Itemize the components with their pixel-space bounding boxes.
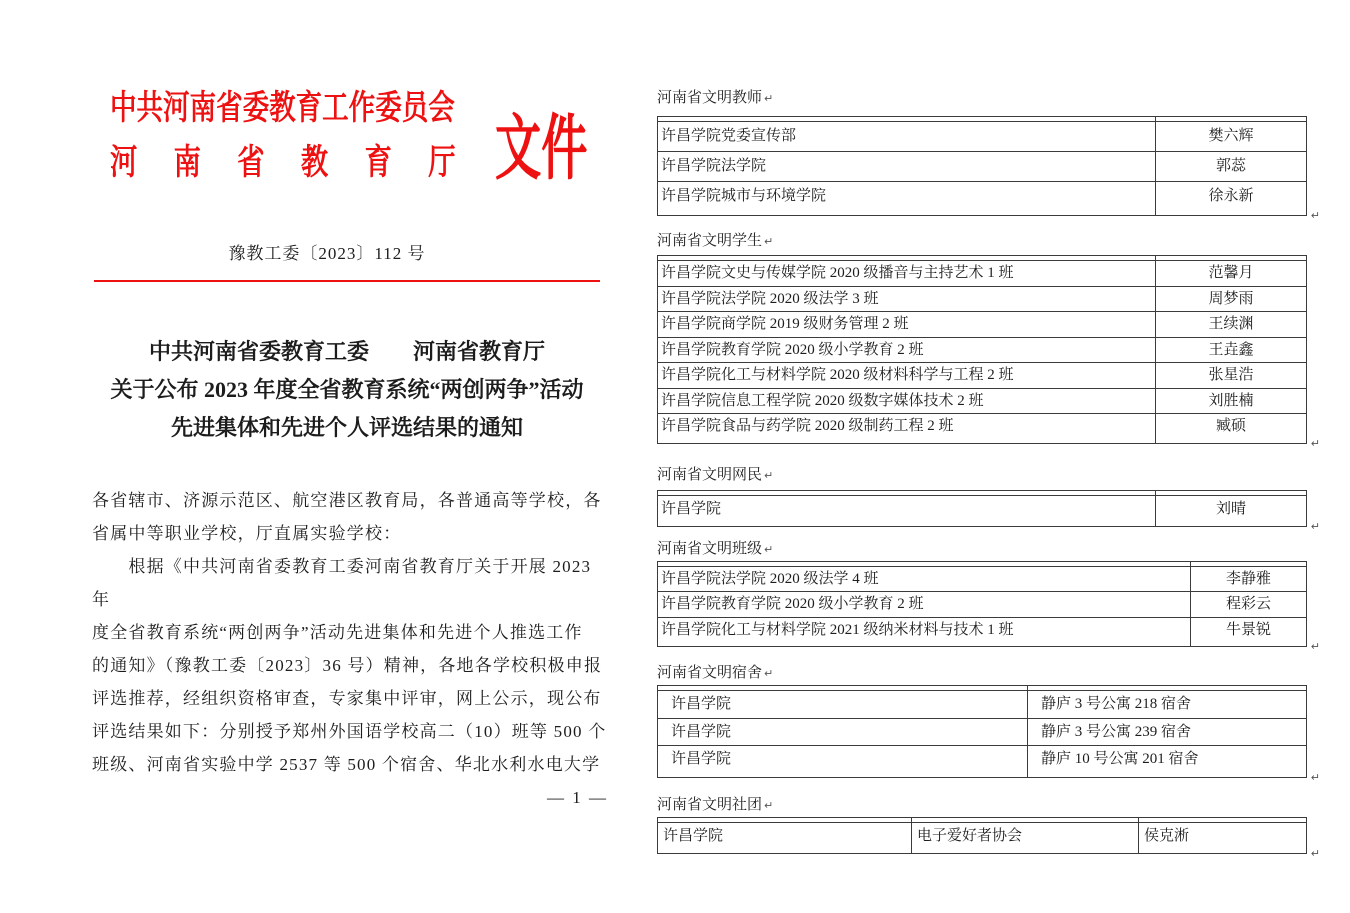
section-title: 河南省文明社团↵ [657,795,1317,815]
table-cell: 程彩云 [1191,592,1306,617]
paragraph-mark-icon: ↵ [1311,209,1320,222]
table-row: 许昌学院法学院 2020 级法学 4 班李静雅 [658,566,1306,592]
body-line: 评选结果如下：分别授予郑州外国语学校高二（10）班等 500 个 [92,715,608,748]
document-number: 豫教工委〔2023〕112 号 [74,239,580,264]
table-cell: 牛景锐 [1191,618,1306,643]
table-column-divider [1190,562,1191,647]
table-row: 许昌学院教育学院 2020 级小学教育 2 班王垚鑫 [658,337,1306,363]
table-row: 许昌学院化工与材料学院 2021 级纳米材料与技术 1 班牛景锐 [658,617,1306,643]
body-line: 的通知》（豫教工委〔2023〕36 号）精神，各地各学校积极申报 [92,649,608,682]
document-title-line: 先进集体和先进个人评选结果的通知 [80,409,614,447]
table-cell: 臧硕 [1156,414,1306,439]
paragraph-mark-icon: ↵ [764,92,773,105]
award-table: ↵ 许昌学院法学院 2020 级法学 4 班李静雅许昌学院教育学院 2020 级… [657,561,1307,648]
paragraph-mark-icon: ↵ [1311,437,1320,450]
table-cell: 刘晴 [1156,496,1306,522]
table-cell: 许昌学院信息工程学院 2020 级数字媒体技术 2 班 [658,389,1156,414]
paragraph-mark-icon: ↵ [1311,640,1320,653]
table-cell: 电子爱好者协会 [912,823,1139,849]
section-title-text: 河南省文明网民 [657,466,762,483]
paragraph-mark-icon: ↵ [764,667,773,680]
table-cell: 张星浩 [1156,363,1306,388]
table-cell: 刘胜楠 [1156,389,1306,414]
table-row: 许昌学院化工与材料学院 2020 级材料科学与工程 2 班张星浩 [658,362,1306,388]
body-line: 班级、河南省实验中学 2537 等 500 个宿舍、华北水利水电大学 [92,748,608,781]
table-cell: 许昌学院党委宣传部 [658,122,1156,151]
table-row: 许昌学院党委宣传部樊六辉 [658,121,1306,151]
table-column-divider [1155,491,1156,526]
award-table: ↵ 许昌学院电子爱好者协会侯克淅 [657,817,1307,854]
document-body: 各省辖市、济源示范区、航空港区教育局，各普通高等学校，各省属中等职业学校，厅直属… [92,484,608,814]
table-cell: 周梦雨 [1156,287,1306,312]
table-cell: 王垚鑫 [1156,338,1306,363]
section-title: 河南省文明宿舍↵ [657,663,1317,683]
table-cell: 李静雅 [1191,567,1306,592]
table-row: 许昌学院刘晴 [658,495,1306,522]
table-row: 许昌学院信息工程学院 2020 级数字媒体技术 2 班刘胜楠 [658,388,1306,414]
table-cell: 静庐 10 号公寓 201 宿舍 [1028,746,1306,773]
document-title-line: 关于公布 2023 年度全省教育系统“两创两争”活动 [80,371,614,409]
results-page: 河南省文明教师↵ ↵ 许昌学院党委宣传部樊六辉许昌学院法学院郭蕊许昌学院城市与环… [657,88,1317,854]
letterhead-doc-type: 文件 [495,114,587,185]
section-title: 河南省文明班级↵ [657,539,1317,559]
table-row: 许昌学院静庐 3 号公寓 239 宿舍 [658,718,1306,746]
table-cell: 许昌学院 [658,719,1028,746]
section-civilized-societies: 河南省文明社团↵ ↵ 许昌学院电子爱好者协会侯克淅 [657,795,1317,854]
section-title: 河南省文明教师↵ [657,88,1317,108]
award-table: ↵ 许昌学院刘晴 [657,490,1307,527]
award-table: ↵ 许昌学院文史与传媒学院 2020 级播音与主持艺术 1 班范馨月许昌学院法学… [657,255,1307,444]
section-civilized-classes: 河南省文明班级↵ ↵ 许昌学院法学院 2020 级法学 4 班李静雅许昌学院教育… [657,539,1317,648]
table-row: 许昌学院文史与传媒学院 2020 级播音与主持艺术 1 班范馨月 [658,260,1306,286]
table-cell: 范馨月 [1156,261,1306,286]
table-cell: 许昌学院法学院 2020 级法学 3 班 [658,287,1156,312]
notice-page: 中共河南省委教育工作委员会 河南省教育厅 文件 豫教工委〔2023〕112 号 … [94,0,600,913]
table-cell: 许昌学院教育学院 2020 级小学教育 2 班 [658,592,1191,617]
paragraph-mark-icon: ↵ [764,543,773,556]
table-column-divider [1155,117,1156,215]
letterhead-org-line1: 中共河南省委教育工作委员会 [110,90,484,128]
table-cell: 郭蕊 [1156,152,1306,181]
table-column-divider [1027,686,1028,777]
section-civilized-teachers: 河南省文明教师↵ ↵ 许昌学院党委宣传部樊六辉许昌学院法学院郭蕊许昌学院城市与环… [657,88,1317,216]
letterhead: 中共河南省委教育工作委员会 河南省教育厅 文件 [110,90,590,182]
body-line: 省属中等职业学校，厅直属实验学校： [92,517,608,550]
body-line: 各省辖市、济源示范区、航空港区教育局，各普通高等学校，各 [92,484,608,517]
table-row: 许昌学院教育学院 2020 级小学教育 2 班程彩云 [658,591,1306,617]
section-title-text: 河南省文明宿舍 [657,664,762,681]
award-table: ↵ 许昌学院静庐 3 号公寓 218 宿舍许昌学院静庐 3 号公寓 239 宿舍… [657,685,1307,778]
table-cell: 许昌学院城市与环境学院 [658,182,1156,211]
body-paragraphs: 各省辖市、济源示范区、航空港区教育局，各普通高等学校，各省属中等职业学校，厅直属… [92,484,608,781]
section-title-text: 河南省文明学生 [657,232,762,249]
table-cell: 许昌学院 [658,823,912,849]
table-row: 许昌学院食品与药学院 2020 级制药工程 2 班臧硕 [658,413,1306,439]
letterhead-org-line2: 河南省教育厅 [110,144,456,182]
body-line: 评选推荐，经组织资格审查，专家集中评审，网上公示，现公布 [92,682,608,715]
paragraph-mark-icon: ↵ [1311,847,1320,860]
table-cell: 王续渊 [1156,312,1306,337]
table-cell: 樊六辉 [1156,122,1306,151]
table-row: 许昌学院法学院郭蕊 [658,151,1306,181]
table-cell: 静庐 3 号公寓 218 宿舍 [1028,691,1306,718]
section-title-text: 河南省文明社团 [657,796,762,813]
paragraph-mark-icon: ↵ [1311,771,1320,784]
table-cell: 许昌学院文史与传媒学院 2020 级播音与主持艺术 1 班 [658,261,1156,286]
section-civilized-netizens: 河南省文明网民↵ ↵ 许昌学院刘晴 [657,465,1317,527]
table-row: 许昌学院商学院 2019 级财务管理 2 班王续渊 [658,311,1306,337]
table-cell: 许昌学院教育学院 2020 级小学教育 2 班 [658,338,1156,363]
section-title: 河南省文明网民↵ [657,465,1317,485]
document-scan: 中共河南省委教育工作委员会 河南省教育厅 文件 豫教工委〔2023〕112 号 … [0,0,1350,913]
document-title-line: 中共河南省委教育工委 河南省教育厅 [80,333,614,371]
table-row: 许昌学院城市与环境学院徐永新 [658,181,1306,211]
table-cell: 许昌学院法学院 [658,152,1156,181]
document-title: 中共河南省委教育工委 河南省教育厅关于公布 2023 年度全省教育系统“两创两争… [80,333,614,447]
table-cell: 徐永新 [1156,182,1306,211]
table-cell: 许昌学院法学院 2020 级法学 4 班 [658,567,1191,592]
table-row: 许昌学院静庐 3 号公寓 218 宿舍 [658,690,1306,718]
section-title-text: 河南省文明教师 [657,89,762,106]
award-table: ↵ 许昌学院党委宣传部樊六辉许昌学院法学院郭蕊许昌学院城市与环境学院徐永新 [657,116,1307,216]
paragraph-mark-icon: ↵ [764,469,773,482]
page-number: — 1 — [92,781,608,814]
table-column-divider [911,818,912,853]
table-row: 许昌学院静庐 10 号公寓 201 宿舍 [658,745,1306,773]
section-civilized-dorms: 河南省文明宿舍↵ ↵ 许昌学院静庐 3 号公寓 218 宿舍许昌学院静庐 3 号… [657,663,1317,778]
paragraph-mark-icon: ↵ [764,235,773,248]
section-title-text: 河南省文明班级 [657,540,762,557]
paragraph-mark-icon: ↵ [764,799,773,812]
letterhead-divider [94,280,600,282]
table-column-divider [1138,818,1139,853]
table-cell: 许昌学院化工与材料学院 2020 级材料科学与工程 2 班 [658,363,1156,388]
table-row: 许昌学院法学院 2020 级法学 3 班周梦雨 [658,286,1306,312]
section-title: 河南省文明学生↵ [657,231,1317,251]
table-row: 许昌学院电子爱好者协会侯克淅 [658,822,1306,849]
paragraph-mark-icon: ↵ [1311,520,1320,533]
table-cell: 许昌学院食品与药学院 2020 级制药工程 2 班 [658,414,1156,439]
body-line: 根据《中共河南省委教育工委河南省教育厅关于开展 2023 年 [92,550,608,616]
table-cell: 许昌学院 [658,691,1028,718]
table-cell: 静庐 3 号公寓 239 宿舍 [1028,719,1306,746]
table-cell: 许昌学院化工与材料学院 2021 级纳米材料与技术 1 班 [658,618,1191,643]
body-line: 度全省教育系统“两创两争”活动先进集体和先进个人推选工作 [92,616,608,649]
section-civilized-students: 河南省文明学生↵ ↵ 许昌学院文史与传媒学院 2020 级播音与主持艺术 1 班… [657,231,1317,444]
table-cell: 许昌学院商学院 2019 级财务管理 2 班 [658,312,1156,337]
table-column-divider [1155,256,1156,443]
table-cell: 许昌学院 [658,496,1156,522]
table-cell: 侯克淅 [1139,823,1306,849]
table-cell: 许昌学院 [658,746,1028,773]
